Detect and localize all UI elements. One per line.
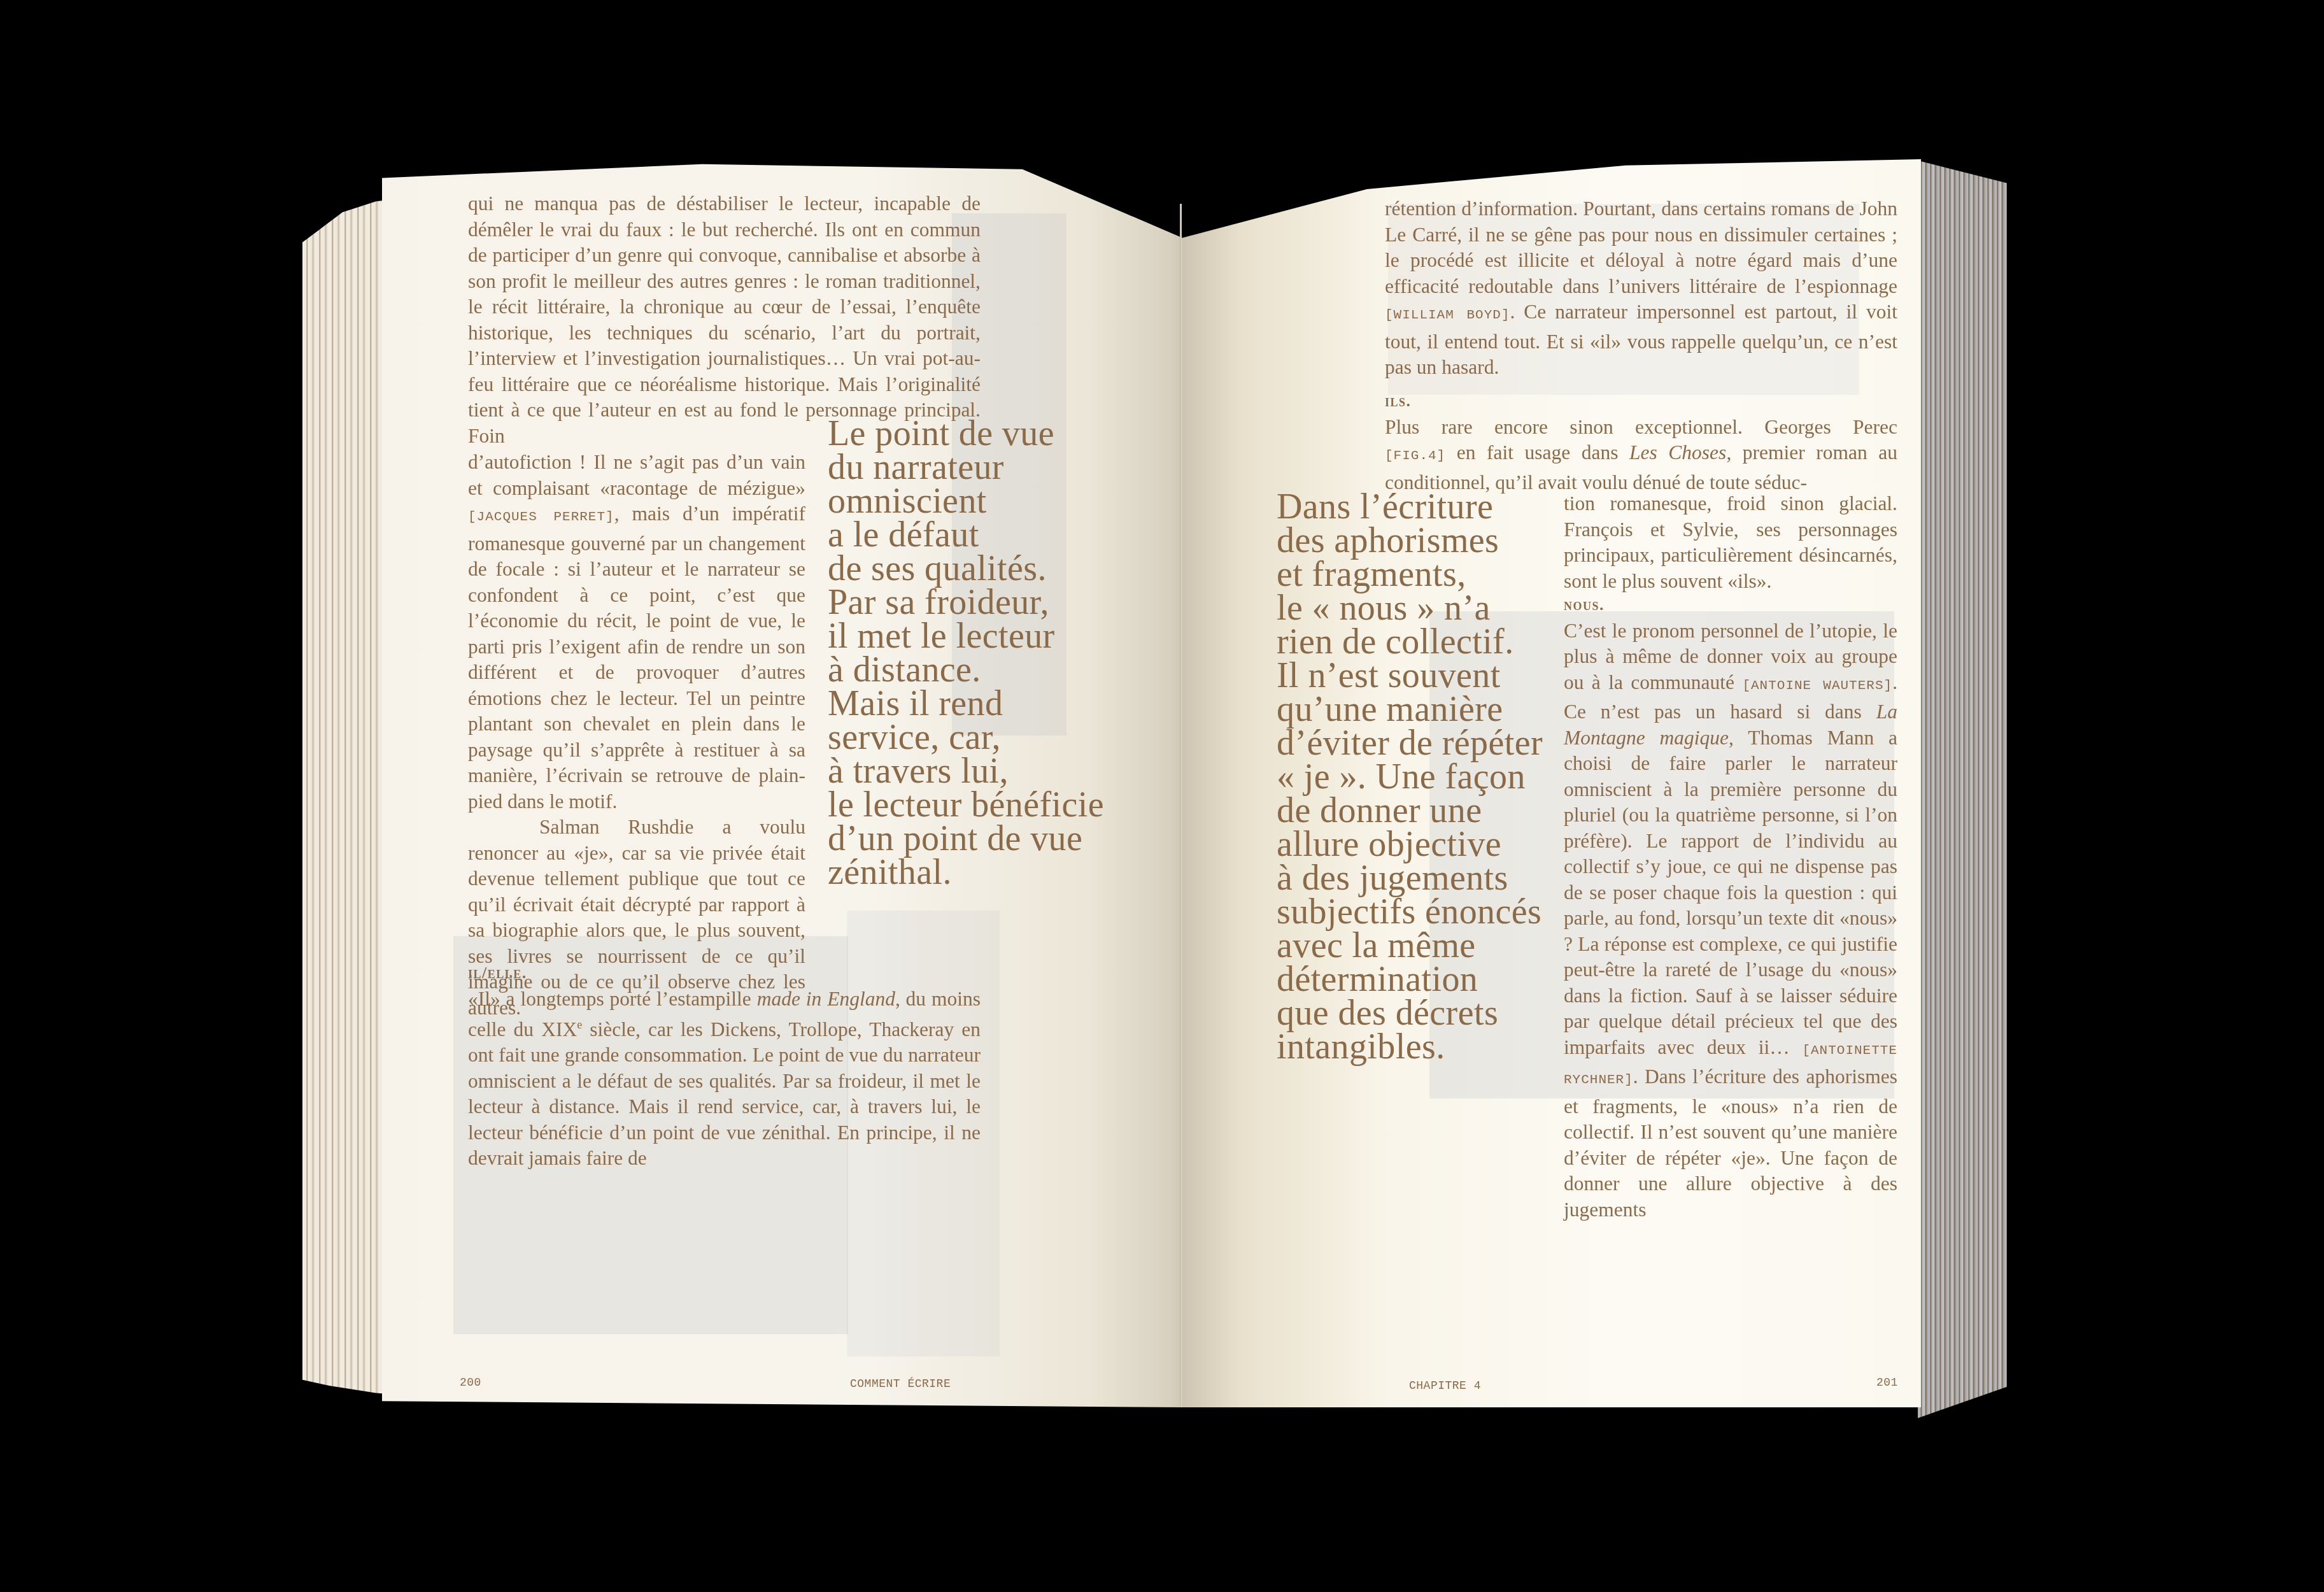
pull-quote-line: qu’une manière xyxy=(1277,693,1543,727)
section-il-elle: IL/ELLE. «Il» a longtemps porté l’estamp… xyxy=(468,960,981,1172)
pull-quote-line: à travers lui, xyxy=(828,755,1104,788)
figure-ref: [FIG.4] xyxy=(1385,449,1445,464)
pull-quote-line: le « nous » n’a xyxy=(1277,592,1543,625)
paragraph: rétention d’information. Pourtant, dans … xyxy=(1385,196,1897,381)
pull-quote-line: Mais il rend xyxy=(828,687,1104,721)
citation-ref: [JACQUES PERRET] xyxy=(468,510,614,525)
pull-quote-line: service, car, xyxy=(828,721,1104,755)
pull-quote-line: « je ». Une façon xyxy=(1277,760,1543,794)
paragraph: tion romanesque, froid sinon glacial. Fr… xyxy=(1564,491,1897,594)
page-number-right: 201 xyxy=(1876,1377,1898,1389)
pull-quote-line: Il n’est souvent xyxy=(1277,659,1543,693)
pull-quote-left: Le point de vuedu narrateuromniscienta l… xyxy=(828,417,1104,890)
pull-quote-line: rien de collectif. xyxy=(1277,625,1543,659)
paragraph: Plus rare encore sinon exceptionnel. Geo… xyxy=(1385,415,1897,441)
citation-ref: [WILLIAM BOYD] xyxy=(1385,308,1510,323)
section-ils-narrow: tion romanesque, froid sinon glacial. Fr… xyxy=(1564,491,1897,594)
pull-quote-line: omniscient xyxy=(828,485,1104,518)
paragraph: C’est le pronom personnel de l’utopie, l… xyxy=(1564,618,1897,1223)
paragraph: d’autofiction ! Il ne s’agit pas d’un va… xyxy=(468,450,805,814)
pull-quote-line: à distance. xyxy=(828,653,1104,687)
pull-quote-line: que des décrets xyxy=(1277,997,1543,1030)
right-body-top: rétention d’information. Pourtant, dans … xyxy=(1385,196,1897,381)
citation-ref: [ANTOINE WAUTERS] xyxy=(1742,679,1892,693)
pull-quote-line: avec la même xyxy=(1277,929,1543,963)
section-nous: NOUS. C’est le pronom personnel de l’uto… xyxy=(1564,592,1897,1223)
section-heading: NOUS. xyxy=(1564,592,1897,618)
pull-quote-line: intangibles. xyxy=(1277,1030,1543,1064)
pull-quote-line: et fragments, xyxy=(1277,558,1543,592)
pull-quote-line: de donner une xyxy=(1277,794,1543,828)
pull-quote-line: d’un point de vue xyxy=(828,822,1104,856)
book-gutter xyxy=(1180,204,1182,1407)
pull-quote-line: il met le lecteur xyxy=(828,620,1104,653)
pull-quote-line: Dans l’écriture xyxy=(1277,490,1543,524)
pull-quote-line: à des jugements xyxy=(1277,862,1543,895)
pull-quote-line: zénithal. xyxy=(828,856,1104,890)
pull-quote-line: Par sa froideur, xyxy=(828,586,1104,620)
paragraph: qui ne manqua pas de déstabiliser le lec… xyxy=(468,191,981,449)
pull-quote-line: a le défaut xyxy=(828,518,1104,552)
open-book: qui ne manqua pas de déstabiliser le lec… xyxy=(0,0,2324,1592)
pull-quote-line: Le point de vue xyxy=(828,417,1104,451)
running-head-right: CHAPITRE 4 xyxy=(1409,1380,1481,1393)
pull-quote-line: subjectifs énoncés xyxy=(1277,895,1543,929)
pull-quote-line: des aphorismes xyxy=(1277,524,1543,558)
pull-quote-line: de ses qualités. xyxy=(828,552,1104,586)
left-narrow-column: d’autofiction ! Il ne s’agit pas d’un va… xyxy=(468,450,805,1021)
pull-quote-right: Dans l’écrituredes aphorismeset fragment… xyxy=(1277,490,1543,1064)
running-head-left: COMMENT ÉCRIRE xyxy=(850,1378,951,1391)
page-number-left: 200 xyxy=(460,1377,481,1389)
pull-quote-line: allure objective xyxy=(1277,828,1543,862)
pull-quote-line: d’éviter de répéter xyxy=(1277,727,1543,760)
pull-quote-line: du narrateur xyxy=(828,451,1104,485)
section-ils: ILS. Plus rare encore sinon exceptionnel… xyxy=(1385,388,1897,495)
pull-quote-line: le lecteur bénéficie xyxy=(828,788,1104,822)
pull-quote-line: détermination xyxy=(1277,963,1543,997)
left-body-top: qui ne manqua pas de déstabiliser le lec… xyxy=(468,191,981,449)
section-heading: ILS. xyxy=(1385,388,1897,415)
section-heading: IL/ELLE. xyxy=(468,960,981,986)
right-page-edges xyxy=(1918,160,2007,1418)
paragraph: «Il» a longtemps porté l’estampille made… xyxy=(468,986,981,1172)
